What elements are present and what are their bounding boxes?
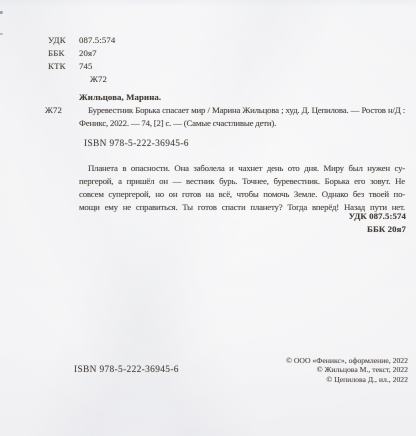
classification-codes-block: УДК087.5:574 ББК20я7 КТК745 Ж72 [48,34,115,86]
udk-row: УДК087.5:574 [48,34,115,47]
photo-artifact [0,11,3,14]
udk-value: 087.5:574 [79,35,115,45]
catalog-author-heading: Жильцова, Марина. [79,91,161,104]
catalog-margin-code: Ж72 [45,104,62,117]
catalog-description-line-2: Феникс, 2022. — 74, [2] с. — (Самые счас… [79,117,276,130]
bbk-row: ББК20я7 [48,47,115,60]
annotation-line: совсем супергерой, но он готов на всё, ч… [79,188,405,201]
photo-artifact [0,33,3,35]
udk-right: УДК 087.5:574 [349,210,406,223]
footer-isbn: ISBN 978-5-222-36945-6 [74,364,179,377]
ktk-value: 745 [79,61,93,71]
copyright-line-illustrator: © Цепилова Д., ил., 2022 [286,375,408,384]
copyright-line-publisher: © ООО «Феникс», оформление, 2022 [286,356,408,365]
udk-label: УДК [48,34,79,47]
annotation-line: пергерой, а пришёл он — вестник бурь. То… [79,175,405,188]
copyright-block: © ООО «Феникс», оформление, 2022 © Жильц… [286,356,408,384]
annotation-line: Планета в опасности. Она заболела и чахн… [79,162,405,175]
bbk-value: 20я7 [79,48,97,58]
book-imprint-page: УДК087.5:574 ББК20я7 КТК745 Ж72 Жильцова… [0,0,416,436]
classification-codes-right: УДК 087.5:574 ББК 20я7 [349,210,406,236]
catalog-description-line-1: Буревестник Борька спасает мир / Марина … [88,104,405,117]
annotation-paragraph: Планета в опасности. Она заболела и чахн… [79,162,405,214]
ktk-label: КТК [48,60,79,73]
bbk-label: ББК [48,47,79,60]
bbk-right: ББК 20я7 [349,223,406,236]
ktk-row: КТК745 [48,60,115,73]
catalog-isbn: ISBN 978-5-222-36945-6 [84,138,189,151]
copyright-line-author: © Жильцова М., текст, 2022 [286,365,408,374]
author-sign-value: Ж72 [90,74,107,84]
author-sign-row: Ж72 [48,73,115,86]
